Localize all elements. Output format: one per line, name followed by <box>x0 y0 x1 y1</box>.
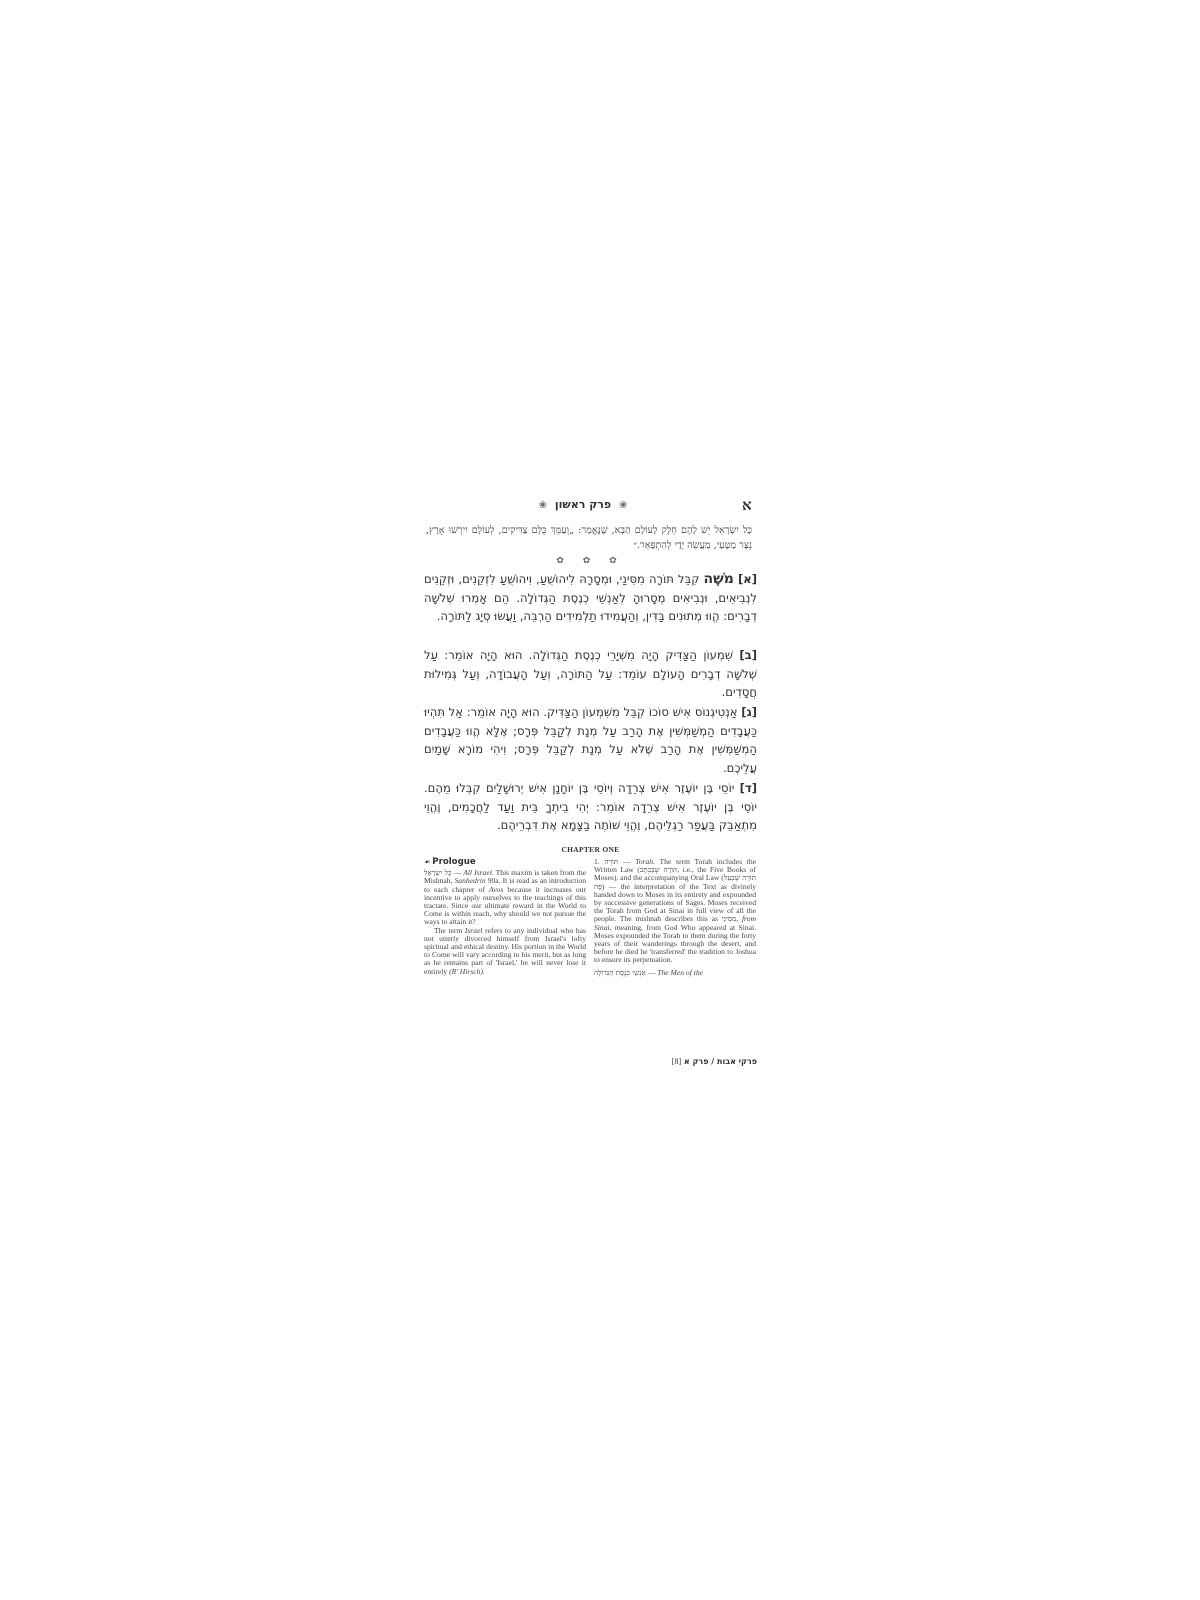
mishnah-number: [א] <box>738 572 757 586</box>
star-divider-icon: ✿ ✿ ✿ <box>424 556 757 566</box>
mishnah-text: שִׁמְעוֹן הַצַּדִּיק הָיָה מִשְּׁיָרֵי כ… <box>424 648 757 699</box>
commentary-paragraph: אַנְשֵׁי כְנֶסֶת הַגְּדוֹלָה — The Men o… <box>594 969 756 977</box>
commentary-column-left: ☙Prologue כָּל יִשְׂרָאֵל — All Israel. … <box>424 858 586 976</box>
commentary-paragraph: 1. תּוֹרָה — Torah. The term Torah inclu… <box>594 858 756 965</box>
commentary-paragraph: The term Israel refers to any individual… <box>424 927 586 976</box>
chapter-letter-mark: א <box>742 496 752 515</box>
running-title: פרקי אבות / פרק א <box>684 1057 757 1066</box>
chapter-title: ❀ פרק ראשון ❀ <box>424 498 742 511</box>
chapter-label: CHAPTER ONE <box>424 845 757 854</box>
mishnah-1: [א] מֹשֶׁה קִבֵּל תּוֹרָה מִסִּינַי, וּמ… <box>424 570 757 626</box>
mishnah-3: [ג] אַנְטִיגְנוֹס אִישׁ סוֹכוֹ קִבֵּל מִ… <box>424 703 757 777</box>
page-number: [8] <box>672 1057 681 1066</box>
mishnah-lead-word: מֹשֶׁה <box>704 571 734 587</box>
page-footer: פרקי אבות / פרק א [8] <box>624 1057 757 1066</box>
book-page: א ❀ פרק ראשון ❀ כָּל יִשְׂרָאֵל יֵשׁ לָה… <box>424 494 757 1074</box>
ornament-icon: ❀ <box>539 500 547 511</box>
mishnah-text: אַנְטִיגְנוֹס אִישׁ סוֹכוֹ קִבֵּל מִשִּׁ… <box>424 705 757 775</box>
hand-pointer-icon: ☙ <box>424 858 430 866</box>
mishnah-number: [ב] <box>739 648 757 662</box>
commentary-column-right: 1. תּוֹרָה — Torah. The term Torah inclu… <box>594 858 756 977</box>
prologue-hebrew-text: כָּל יִשְׂרָאֵל יֵשׁ לָהֶם חֵלֶק לָעוֹלָ… <box>426 523 752 553</box>
mishnah-number: [ג] <box>741 705 757 719</box>
chapter-title-text: פרק ראשון <box>555 498 611 511</box>
mishnah-4: [ד] יוֹסֵי בֶּן יוֹעֶזֶר אִישׁ צְרֵדָה ו… <box>424 779 757 835</box>
mishnah-2: [ב] שִׁמְעוֹן הַצַּדִּיק הָיָה מִשְּׁיָר… <box>424 646 757 702</box>
commentary-paragraph: כָּל יִשְׂרָאֵל — All Israel. This maxim… <box>424 869 586 926</box>
mishnah-text: יוֹסֵי בֶּן יוֹעֶזֶר אִישׁ צְרֵדָה וְיוֹ… <box>424 781 757 832</box>
ornament-icon: ❀ <box>619 500 627 511</box>
prologue-heading: ☙Prologue <box>424 858 586 866</box>
mishnah-number: [ד] <box>740 781 757 795</box>
